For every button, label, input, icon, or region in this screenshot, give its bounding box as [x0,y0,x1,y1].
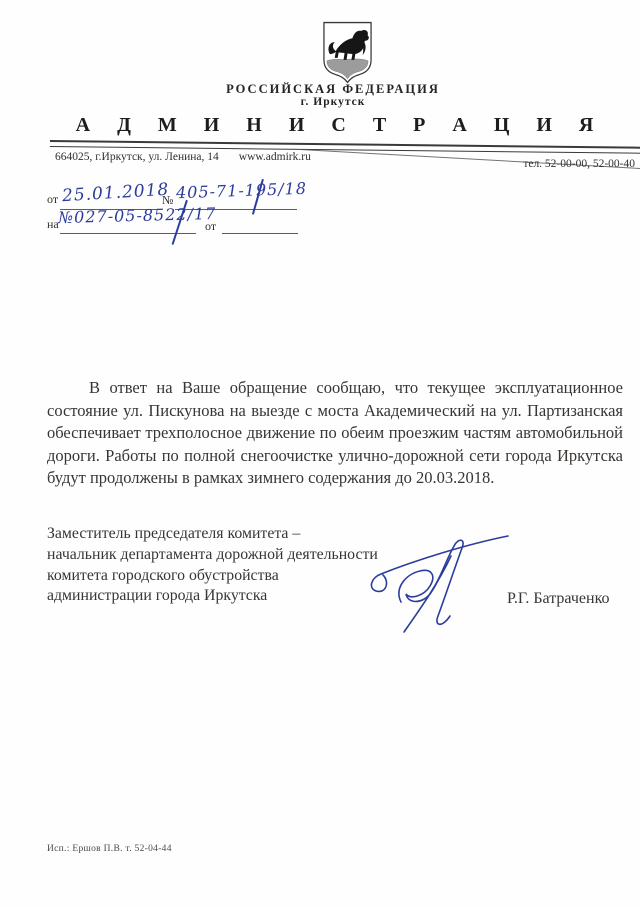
letter-body-paragraph: В ответ на Ваше обращение сообщаю, что т… [47,377,623,490]
reply-to-label: на [47,217,59,232]
signer-position-line: начальник департамента дорожной деятельн… [47,545,378,566]
address-line: 664025, г.Иркутск, ул. Ленина, 14www.adm… [55,151,311,163]
signer-position-block: Заместитель председателя комитета – нача… [47,524,378,607]
reply-number-handwritten: №027-05-8522/17 [58,204,217,227]
signer-position-line: администрации города Иркутска [47,586,378,607]
outgoing-date-label: от [47,192,58,207]
emblem-ground [327,59,368,79]
signer-name: Р.Г. Батраченко [507,590,610,608]
website-text: www.admirk.ru [239,151,311,163]
executor-note: Исп.: Ершов П.В. т. 52-04-44 [47,844,172,854]
signer-position-line: Заместитель председателя комитета – [47,524,378,545]
city-title: г. Иркутск [13,96,640,108]
scanned-letter-page: РОССИЙСКАЯ ФЕДЕРАЦИЯ г. Иркутск А Д М И … [0,0,640,908]
outgoing-number-handwritten: 405-71-195/18 [176,179,308,203]
signature-autograph [356,514,514,640]
country-title: РОССИЙСКАЯ ФЕДЕРАЦИЯ [13,82,640,97]
administration-title: А Д М И Н И С Т Р А Ц И Я [20,114,640,137]
signer-position-line: комитета городского обустройства [47,566,378,587]
irkutsk-coat-of-arms-icon [321,20,374,84]
phone-numbers: тел. 52-00-00, 52-00-40 [523,158,635,170]
postal-address: 664025, г.Иркутск, ул. Ленина, 14 [55,151,219,163]
outgoing-date-handwritten: 25.01.2018 [61,180,169,207]
reply-date-label: от [205,219,216,234]
reply-date-underline [222,233,298,234]
